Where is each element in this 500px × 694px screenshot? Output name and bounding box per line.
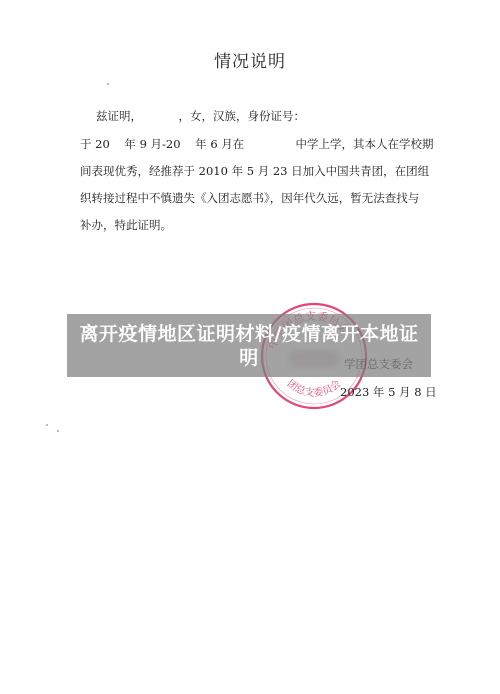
document-title: 情况说明 (0, 47, 500, 72)
scan-speck (57, 430, 59, 432)
paragraph-line: 间表现优秀，经推荐于 2010 年 5 月 23 日加入中国共青团，在团组 (80, 163, 429, 179)
scan-speck (107, 83, 109, 85)
caption-overlay: 离开疫情地区证明材料/疫情离开本地证明 (67, 314, 431, 377)
paragraph-line: 补办，特此证明。 (80, 217, 172, 233)
paragraph-line: 于 20 年 9 月-20 年 6 月在 中学上学，其本人在学校期 (80, 136, 433, 152)
svg-text:团总支委员会: 团总支委员会 (285, 377, 343, 399)
scan-speck (46, 424, 48, 426)
paragraph-line: 织转接过程中不慎遗失《入团志愿书》，因年代久远，暂无法查找与 (80, 190, 419, 206)
paragraph-line: 兹证明， ，女，汉族，身份证号： (96, 108, 305, 124)
caption-text: 离开疫情地区证明材料/疫情离开本地证明 (79, 322, 419, 370)
signing-date: 2023 年 5 月 8 日 (340, 384, 437, 400)
